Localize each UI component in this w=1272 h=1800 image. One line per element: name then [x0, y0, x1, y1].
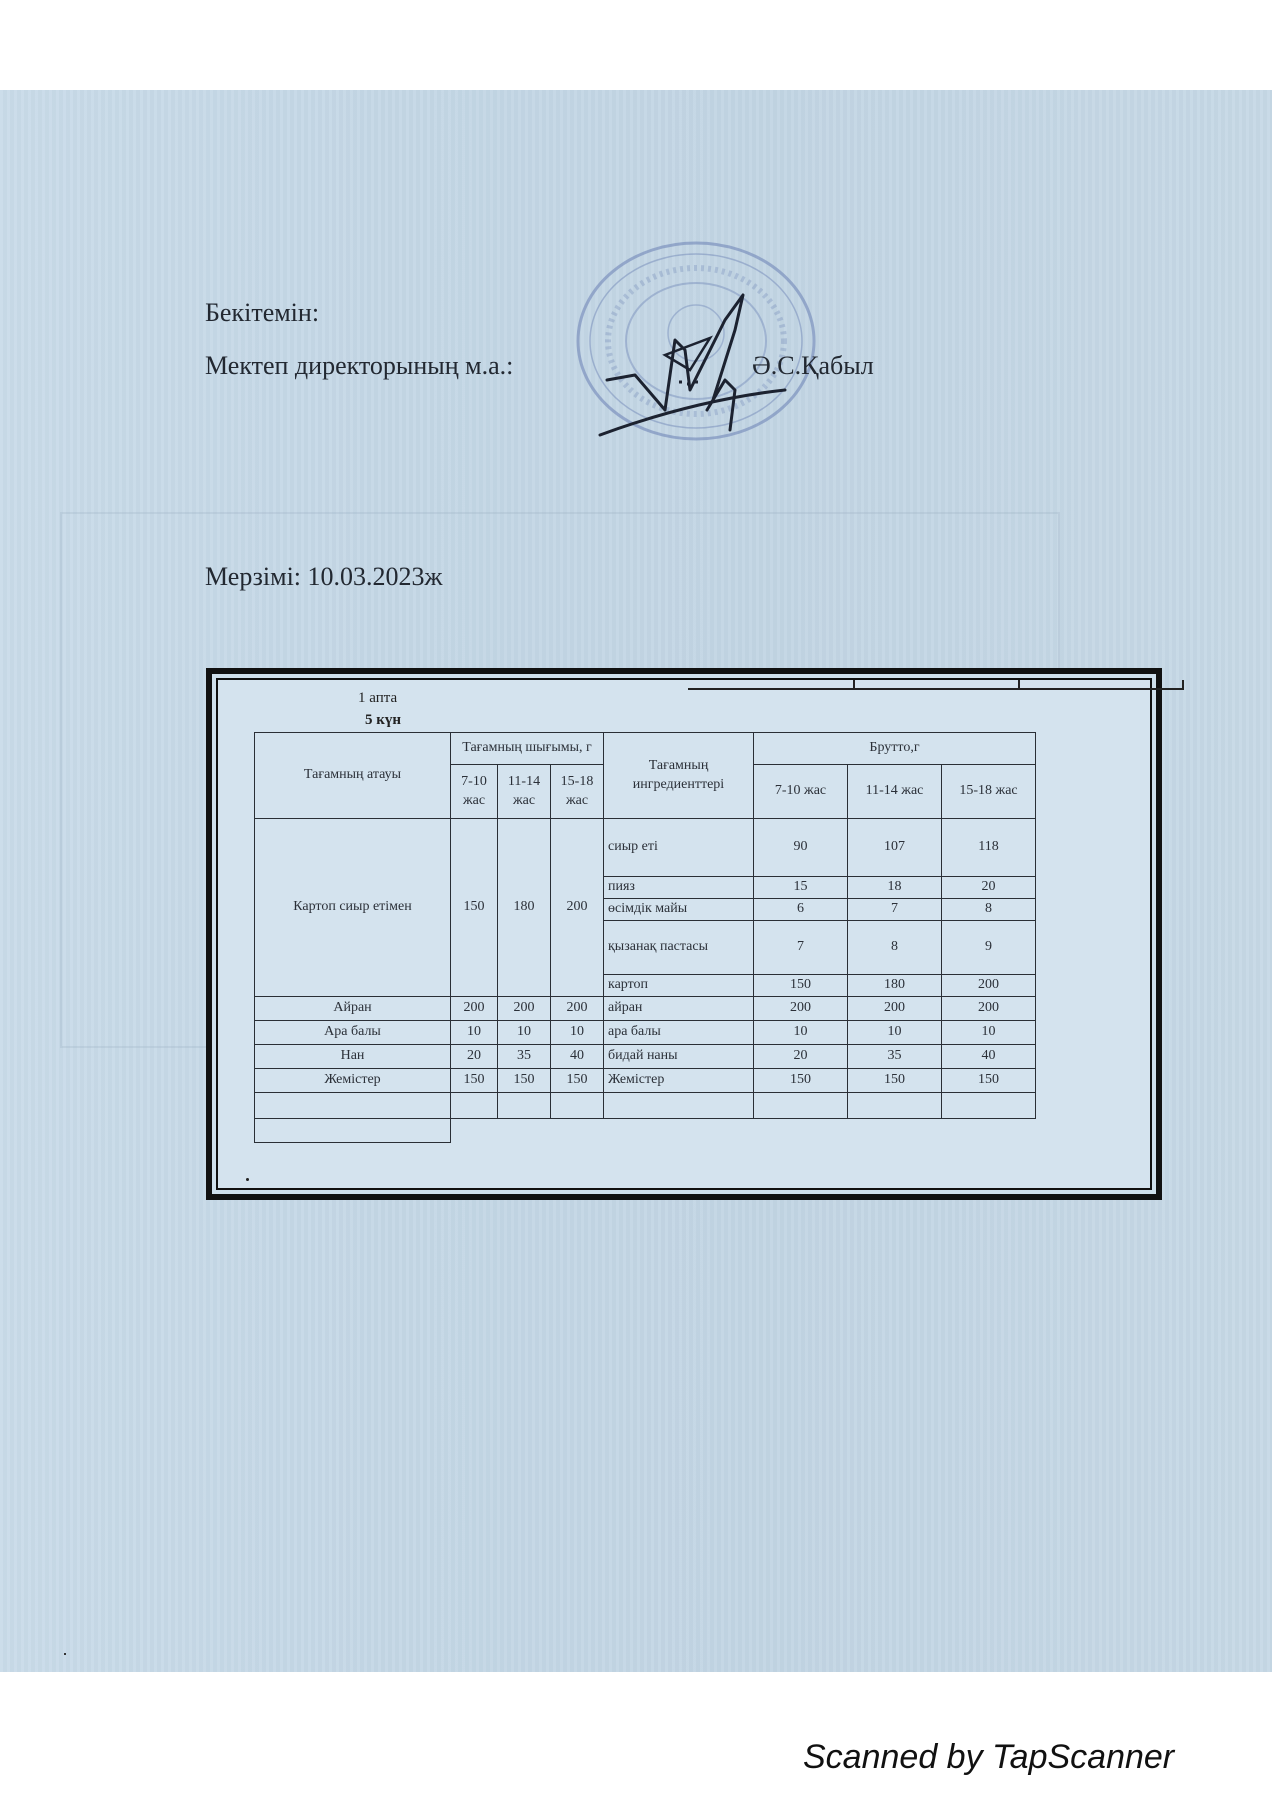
dish-name: Нан — [255, 1045, 451, 1069]
header-yield-age: 11-14жас — [498, 765, 551, 819]
table-row: Картоп сиыр етімен150180200сиыр еті90107… — [255, 819, 1036, 877]
ingredient-name: пияз — [604, 877, 754, 899]
dish-yield: 200 — [498, 997, 551, 1021]
dish-yield: 150 — [451, 819, 498, 997]
deadline-date: Мерзімі: 10.03.2023ж — [205, 562, 443, 592]
ingredient-name: қызанақ пастасы — [604, 921, 754, 975]
ingredient-brutto: 150 — [942, 1069, 1036, 1093]
ingredient-brutto: 18 — [848, 877, 942, 899]
header-brutto-group: Брутто,г — [754, 733, 1036, 765]
dish-yield: 200 — [551, 819, 604, 997]
ingredient-brutto: 200 — [848, 997, 942, 1021]
table-row: Ара балы101010ара балы101010 — [255, 1021, 1036, 1045]
ingredient-brutto: 200 — [754, 997, 848, 1021]
ingredient-brutto: 150 — [754, 975, 848, 997]
cropped-table-edge — [688, 680, 1184, 690]
menu-table: Тағамның атауы Тағамның шығымы, г Тағамн… — [254, 732, 1036, 1143]
empty-row — [255, 1093, 1036, 1119]
menu-table-frame: 1 апта 5 күн Тағамның атауы Тағамның шығ… — [206, 668, 1162, 1200]
empty-cell — [255, 1119, 451, 1143]
stray-mark — [64, 1653, 66, 1655]
dish-name: Картоп сиыр етімен — [255, 819, 451, 997]
ingredient-name: өсімдік майы — [604, 899, 754, 921]
ingredient-brutto: 9 — [942, 921, 1036, 975]
empty-cell — [451, 1093, 498, 1119]
header-yield-age: 15-18жас — [551, 765, 604, 819]
director-title: Мектеп директорының м.а.: — [205, 351, 513, 381]
table-row: Нан203540бидай наны203540 — [255, 1045, 1036, 1069]
ingredient-brutto: 107 — [848, 819, 942, 877]
day-label: 5 күн — [365, 712, 401, 729]
ingredient-name: бидай наны — [604, 1045, 754, 1069]
dish-yield: 10 — [551, 1021, 604, 1045]
table-row: Жемістер150150150Жемістер150150150 — [255, 1069, 1036, 1093]
ingredient-brutto: 40 — [942, 1045, 1036, 1069]
ingredient-brutto: 10 — [754, 1021, 848, 1045]
header-brutto-age: 7-10 жас — [754, 765, 848, 819]
empty-cell — [451, 1119, 1036, 1143]
header-brutto-age: 11-14 жас — [848, 765, 942, 819]
dish-yield: 200 — [551, 997, 604, 1021]
ingredient-brutto: 8 — [848, 921, 942, 975]
empty-cell — [848, 1093, 942, 1119]
ingredient-brutto: 20 — [942, 877, 1036, 899]
ingredient-brutto: 90 — [754, 819, 848, 877]
dish-yield: 180 — [498, 819, 551, 997]
header-ingredients: Тағамныңингредиенттері — [604, 733, 754, 819]
dish-yield: 10 — [451, 1021, 498, 1045]
empty-cell — [754, 1093, 848, 1119]
ingredient-brutto: 8 — [942, 899, 1036, 921]
ingredient-brutto: 118 — [942, 819, 1036, 877]
empty-cell — [551, 1093, 604, 1119]
header-dish-name: Тағамның атауы — [255, 733, 451, 819]
header-row-1: Тағамның атауы Тағамның шығымы, г Тағамн… — [255, 733, 1036, 765]
header-yield-age: 7-10жас — [451, 765, 498, 819]
stray-dot — [246, 1178, 249, 1181]
empty-cell — [604, 1093, 754, 1119]
scanner-watermark: Scanned by TapScanner — [803, 1738, 1174, 1777]
ingredient-brutto: 150 — [754, 1069, 848, 1093]
ingredient-brutto: 15 — [754, 877, 848, 899]
dish-yield: 200 — [451, 997, 498, 1021]
ingredient-brutto: 150 — [848, 1069, 942, 1093]
ingredient-name: Жемістер — [604, 1069, 754, 1093]
dish-yield: 10 — [498, 1021, 551, 1045]
ingredient-brutto: 200 — [942, 975, 1036, 997]
week-label: 1 апта — [358, 690, 397, 707]
table-row: Айран200200200айран200200200 — [255, 997, 1036, 1021]
dish-name: Жемістер — [255, 1069, 451, 1093]
dish-yield: 20 — [451, 1045, 498, 1069]
approval-label: Бекітемін: — [205, 298, 319, 328]
empty-cell — [255, 1093, 451, 1119]
dish-yield: 35 — [498, 1045, 551, 1069]
empty-cell — [942, 1093, 1036, 1119]
ingredient-brutto: 7 — [754, 921, 848, 975]
empty-cell — [498, 1093, 551, 1119]
ingredient-name: айран — [604, 997, 754, 1021]
ingredient-brutto: 10 — [848, 1021, 942, 1045]
dish-yield: 150 — [498, 1069, 551, 1093]
dish-name: Ара балы — [255, 1021, 451, 1045]
header-brutto-age: 15-18 жас — [942, 765, 1036, 819]
ingredient-name: картоп — [604, 975, 754, 997]
director-name: Ә.С.Қабыл — [752, 351, 874, 381]
ingredient-brutto: 35 — [848, 1045, 942, 1069]
ingredient-name: сиыр еті — [604, 819, 754, 877]
header-yield-group: Тағамның шығымы, г — [451, 733, 604, 765]
ingredient-brutto: 180 — [848, 975, 942, 997]
ingredient-brutto: 7 — [848, 899, 942, 921]
menu-table-inner-border: 1 апта 5 күн Тағамның атауы Тағамның шығ… — [216, 678, 1152, 1190]
dish-yield: 150 — [451, 1069, 498, 1093]
ingredient-brutto: 20 — [754, 1045, 848, 1069]
empty-row — [255, 1119, 1036, 1143]
dish-name: Айран — [255, 997, 451, 1021]
dish-yield: 40 — [551, 1045, 604, 1069]
ingredient-brutto: 6 — [754, 899, 848, 921]
ingredient-brutto: 10 — [942, 1021, 1036, 1045]
dish-yield: 150 — [551, 1069, 604, 1093]
ingredient-brutto: 200 — [942, 997, 1036, 1021]
ingredient-name: ара балы — [604, 1021, 754, 1045]
